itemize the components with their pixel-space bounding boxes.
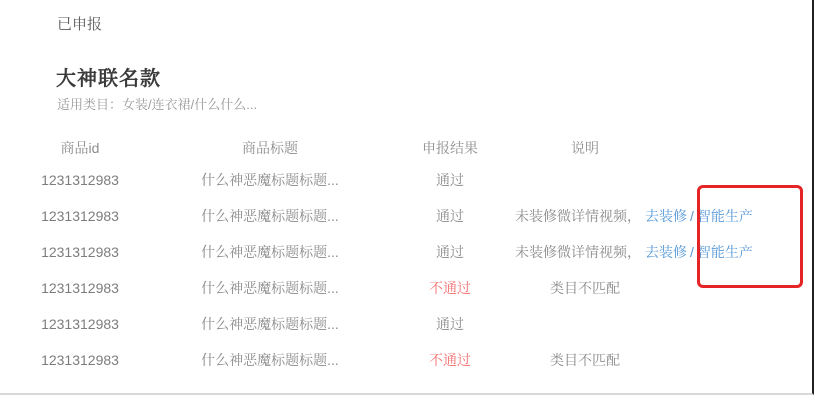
go-decorate-link[interactable]: 去装修 — [645, 208, 687, 224]
product-id: 1231312983 — [30, 172, 130, 188]
table-row: 1231312983 什么神恶魔标题标题... 通过 未装修微详情视频，去装修/… — [0, 234, 812, 270]
link-separator: / — [690, 244, 694, 260]
product-id: 1231312983 — [30, 244, 130, 260]
table-row: 1231312983 什么神恶魔标题标题... 不通过 类目不匹配 — [0, 342, 812, 378]
product-title: 什么神恶魔标题标题... — [130, 350, 410, 370]
table-row: 1231312983 什么神恶魔标题标题... 不通过 类目不匹配 — [0, 270, 812, 306]
description-cell: 类目不匹配 — [490, 350, 680, 370]
description-cell: 未装修微详情视频，去装修/智能生产 — [490, 206, 680, 226]
applicable-category-line: 适用类目：女装/连衣裙/什么什么... — [57, 94, 257, 113]
product-id: 1231312983 — [30, 280, 130, 296]
table-header-row: 商品id 商品标题 申报结果 说明 — [0, 134, 812, 162]
smart-produce-link[interactable]: 智能生产 — [697, 208, 753, 224]
header-product-title: 商品标题 — [130, 138, 410, 158]
page-title: 大神联名款 — [56, 62, 161, 91]
table-row: 1231312983 什么神恶魔标题标题... 通过 — [0, 162, 812, 198]
result-text: 通过 — [436, 208, 464, 224]
product-id: 1231312983 — [30, 208, 130, 224]
description-text: 类目不匹配 — [550, 352, 620, 368]
result-text: 通过 — [436, 244, 464, 260]
table-row: 1231312983 什么神恶魔标题标题... 通过 未装修微详情视频，去装修/… — [0, 198, 812, 234]
product-id: 1231312983 — [30, 352, 130, 368]
smart-produce-link[interactable]: 智能生产 — [697, 244, 753, 260]
header-product-id: 商品id — [30, 138, 130, 158]
table-body: 1231312983 什么神恶魔标题标题... 通过 1231312983 什么… — [0, 162, 812, 378]
declaration-table: 商品id 商品标题 申报结果 说明 1231312983 什么神恶魔标题标题..… — [0, 134, 812, 378]
result-text: 通过 — [436, 172, 464, 188]
description-text: 类目不匹配 — [550, 280, 620, 296]
header-description: 说明 — [490, 138, 680, 158]
description-cell: 未装修微详情视频，去装修/智能生产 — [490, 242, 680, 262]
go-decorate-link[interactable]: 去装修 — [645, 244, 687, 260]
table-row: 1231312983 什么神恶魔标题标题... 通过 — [0, 306, 812, 342]
result-text: 通过 — [436, 316, 464, 332]
result-text: 不通过 — [429, 352, 471, 368]
product-title: 什么神恶魔标题标题... — [130, 314, 410, 334]
description-text: 未装修微详情视频， — [515, 244, 641, 260]
product-title: 什么神恶魔标题标题... — [130, 170, 410, 190]
description-cell: 类目不匹配 — [490, 278, 680, 298]
product-title: 什么神恶魔标题标题... — [130, 278, 410, 298]
product-title: 什么神恶魔标题标题... — [130, 242, 410, 262]
result-text: 不通过 — [429, 280, 471, 296]
link-separator: / — [690, 208, 694, 224]
declared-status-label: 已申报 — [57, 13, 102, 34]
product-id: 1231312983 — [30, 316, 130, 332]
product-title: 什么神恶魔标题标题... — [130, 206, 410, 226]
description-text: 未装修微详情视频， — [515, 208, 641, 224]
declaration-panel: 已申报 大神联名款 适用类目：女装/连衣裙/什么什么... 商品id 商品标题 … — [0, 0, 814, 395]
header-declare-result: 申报结果 — [410, 138, 490, 158]
